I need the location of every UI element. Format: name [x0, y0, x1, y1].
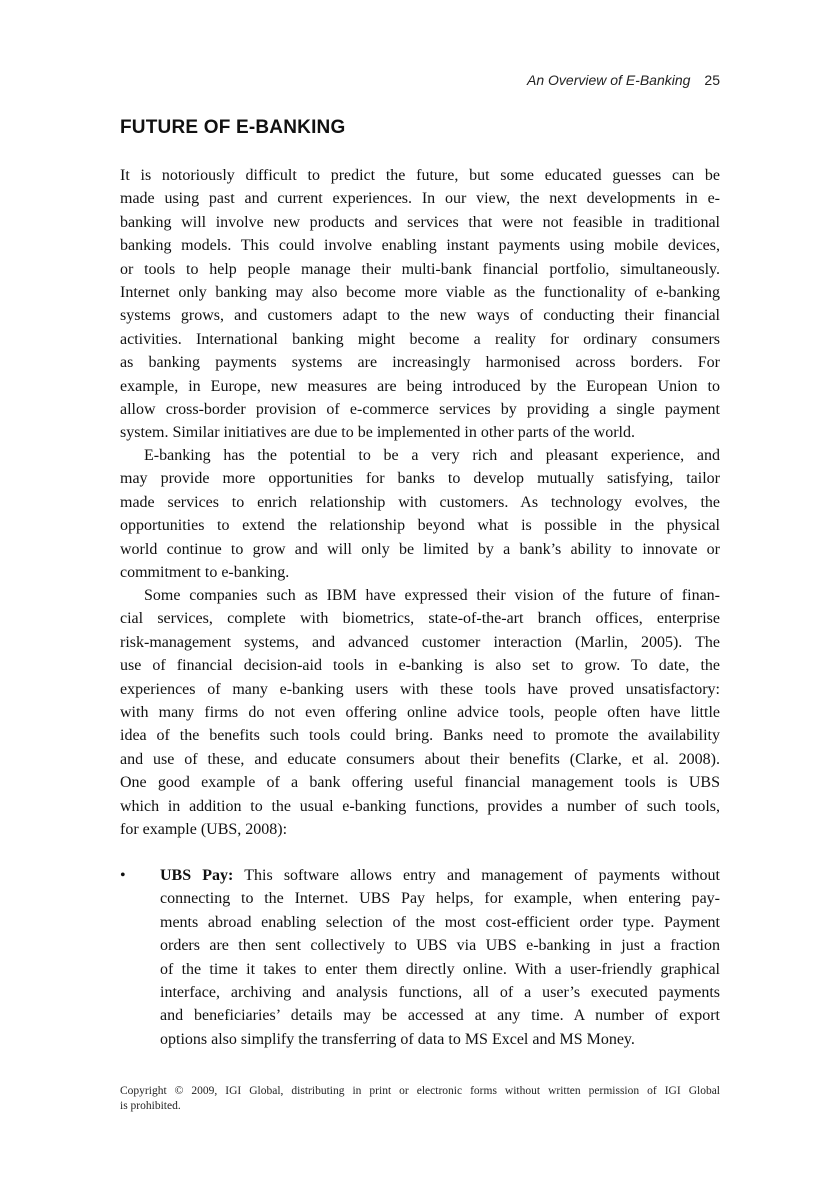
text-line: system. Similar initiatives are due to b… [120, 421, 720, 444]
bullet-body: UBS Pay: This software allows entry and … [160, 864, 720, 1051]
text-line: experiences of many e-banking users with… [120, 678, 720, 701]
text-line: commitment to e-banking. [120, 561, 720, 584]
text-line: Some companies such as IBM have expresse… [120, 584, 720, 607]
copyright-line: is prohibited. [120, 1099, 720, 1114]
text-line: systems grows, and customers adapt to th… [120, 304, 720, 327]
bullet-icon: • [120, 864, 134, 887]
text-line: which in addition to the usual e-banking… [120, 795, 720, 818]
text-line: orders are then sent collectively to UBS… [160, 934, 720, 957]
text-line: Internet only banking may also become mo… [120, 281, 720, 304]
text-line: connecting to the Internet. UBS Pay help… [160, 887, 720, 910]
text-line: example, in Europe, new measures are bei… [120, 375, 720, 398]
paragraph-3: Some companies such as IBM have expresse… [120, 584, 720, 841]
text-line: One good example of a bank offering usef… [120, 771, 720, 794]
section-title: FUTURE OF E-BANKING [120, 117, 345, 139]
text-line: ments abroad enabling selection of the m… [160, 911, 720, 934]
page-number: 25 [704, 72, 720, 88]
text-line: for example (UBS, 2008): [120, 818, 720, 841]
copyright-notice: Copyright © 2009, IGI Global, distributi… [120, 1084, 720, 1114]
text-line: made services to enrich relationship wit… [120, 491, 720, 514]
text-line: as banking payments systems are increasi… [120, 351, 720, 374]
text-line: may provide more opportunities for banks… [120, 467, 720, 490]
text-line: banking models. This could involve enabl… [120, 234, 720, 257]
text-line: idea of the benefits such tools could br… [120, 724, 720, 747]
copyright-line: Copyright © 2009, IGI Global, distributi… [120, 1084, 720, 1099]
text-line: allow cross-border provision of e-commer… [120, 398, 720, 421]
text-line: with many firms do not even offering onl… [120, 701, 720, 724]
bullet-first-line: UBS Pay: This software allows entry and … [160, 864, 720, 887]
text-line: use of financial decision-aid tools in e… [120, 654, 720, 677]
text-line: of the time it takes to enter them direc… [160, 958, 720, 981]
running-head-title: An Overview of E-Banking [527, 72, 690, 88]
text-line: risk-management systems, and advanced cu… [120, 631, 720, 654]
text-line: and use of these, and educate consumers … [120, 748, 720, 771]
text-line: It is notoriously difficult to predict t… [120, 164, 720, 187]
text-line: made using past and current experiences.… [120, 187, 720, 210]
text-line: activities. International banking might … [120, 328, 720, 351]
text-line: and beneficiaries’ details may be access… [160, 1004, 720, 1027]
text-line: world continue to grow and will only be … [120, 538, 720, 561]
text-line: interface, archiving and analysis functi… [160, 981, 720, 1004]
text-line: or tools to help people manage their mul… [120, 258, 720, 281]
bullet-lead-term: UBS Pay: [160, 867, 233, 884]
paragraph-1: It is notoriously difficult to predict t… [120, 164, 720, 445]
paragraph-2: E-banking has the potential to be a very… [120, 444, 720, 584]
text-line: cial services, complete with biometrics,… [120, 607, 720, 630]
running-head: An Overview of E-Banking25 [480, 72, 720, 88]
text-line: options also simplify the transferring o… [160, 1028, 720, 1051]
text-line: E-banking has the potential to be a very… [120, 444, 720, 467]
text-line: opportunities to extend the relationship… [120, 514, 720, 537]
text-line: banking will involve new products and se… [120, 211, 720, 234]
bullet-first-line-text: This software allows entry and managemen… [244, 867, 720, 884]
